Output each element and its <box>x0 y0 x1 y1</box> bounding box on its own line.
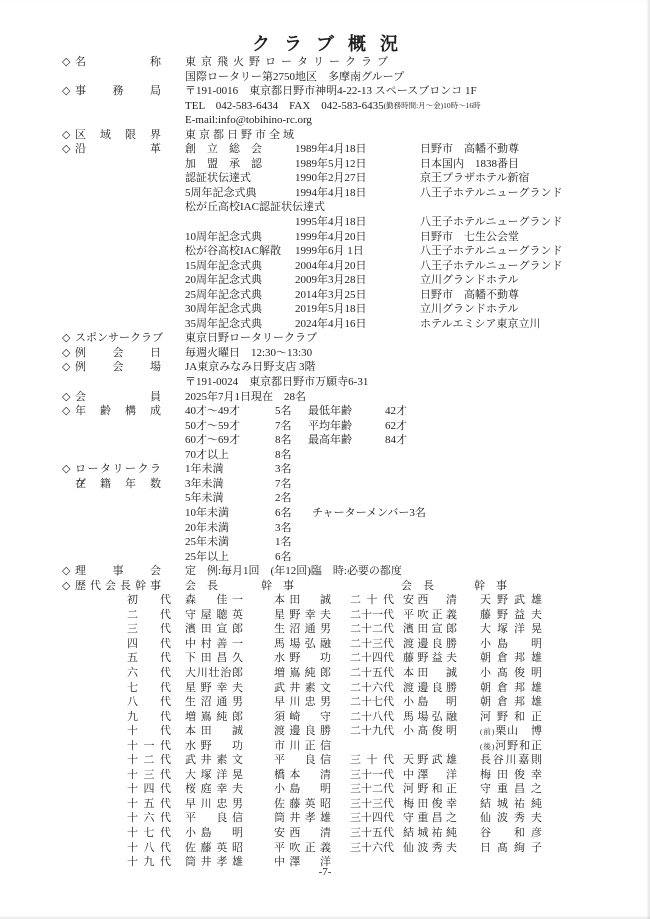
label-cell: ◇ 例会日 <box>62 346 185 361</box>
board-schedule: 定 例:毎月1回 (年12回)臨 時:必要の都度 <box>185 564 402 579</box>
history-event <box>185 215 295 230</box>
history-row: 35周年記念式典 2024年4月16日 ホテルエミシア東京立川 <box>62 317 630 332</box>
history-event: 10周年記念式典 <box>185 230 295 245</box>
age-stat-label: 最高年齢 <box>308 433 385 448</box>
diamond-icon: ◇ <box>62 142 75 157</box>
age-stat-value: 62才 <box>385 419 407 434</box>
leader-secretary-right-cell: 朝倉邦雄 <box>480 651 542 666</box>
history-date: 1999年6月 1日 <box>295 244 420 259</box>
section-label-meeting-day: 例会日 <box>75 346 161 361</box>
diamond-icon: ◇ <box>62 564 75 579</box>
tenure-count: 6名 <box>275 550 312 565</box>
leader-secretary-right: 藤野益夫 <box>480 609 542 621</box>
tenure-years: 25年以上 <box>185 550 275 565</box>
history-date: 2009年3月28日 <box>295 273 420 288</box>
leader-secretary-prefix: (後) <box>480 742 494 751</box>
leader-generation-right: 二十一代 <box>350 608 394 623</box>
label-cell: ◇ 歴代会長幹事 <box>62 579 185 594</box>
leaders-row: 十五代 早川忠男 佐藤英昭 三十三代 梅田俊幸 結城祐純 <box>62 797 630 812</box>
leader-president-left: 中村善一 <box>185 637 243 652</box>
tenure-count: 1名 <box>275 535 312 550</box>
history-row: 5周年記念式典 1994年4月18日 八王子ホテルニューグランド <box>62 186 630 201</box>
leader-secretary-right: 朝倉邦雄 <box>480 652 542 664</box>
leader-secretary-right-cell: 守重昌之 <box>480 782 542 797</box>
leaders-row: 九代 増嶌純郎 須崎 守 二十八代 馬場弘融 河野和正 <box>62 710 630 725</box>
leader-president-right: 小島 明 <box>403 695 457 710</box>
leader-secretary-right: 朝倉邦雄 <box>480 682 542 694</box>
member-count: 2025年7月1日現在 28名 <box>185 390 306 405</box>
leader-generation-right: 三十代 <box>350 753 394 768</box>
section-label-history: 沿革 <box>75 142 161 157</box>
leaders-row: 十六代 平 良信 筒井孝雄 三十四代 守重昌之 仙波秀夫 <box>62 811 630 826</box>
history-place: 八王子ホテルニューグランド <box>420 186 562 201</box>
history-event: 35周年記念式典 <box>185 317 295 332</box>
label-cell: 在籍年数 <box>75 477 161 492</box>
label-spacer <box>62 70 185 85</box>
age-stat-label: 平均年齢 <box>308 419 385 434</box>
leader-secretary-left: 須崎 守 <box>274 710 331 725</box>
history-date: 1995年4月18日 <box>295 215 420 230</box>
section-meeting-place-row2: 〒191-0024 東京都日野市万願寺6-31 <box>62 375 630 390</box>
history-event: 20周年記念式典 <box>185 273 295 288</box>
section-office-row2: TEL 042-583-6434 FAX 042-583-6435 (勤務時間:… <box>62 99 630 114</box>
age-row: 60才〜69才 8名 最高年齢 84才 <box>62 433 630 448</box>
leader-secretary-right-cell: 小髙俊明 <box>480 666 542 681</box>
leader-secretary-right-cell: 大塚洋晃 <box>480 622 542 637</box>
history-date: 1989年4月18日 <box>295 142 420 157</box>
leader-secretary-right-cell: 小島 明 <box>480 637 542 652</box>
leader-generation-left: 二代 <box>127 608 171 623</box>
tenure-extra-label <box>312 550 407 565</box>
tenure-count: 3名 <box>275 462 312 477</box>
history-event: 25周年記念式典 <box>185 288 295 303</box>
leader-secretary-left: 水野 功 <box>274 651 331 666</box>
leader-secretary-right-cell: 日髙絢子 <box>480 841 542 856</box>
history-row: 30周年記念式典 2019年5月18日 立川グランドホテル <box>62 302 630 317</box>
tenure-extra-label <box>312 521 407 536</box>
label-cell: ◇ スポンサークラブ <box>62 331 185 346</box>
section-district-row: ◇ 区域限界 東京都日野市全域 <box>62 128 630 143</box>
leader-president-right: 河野和正 <box>403 782 457 797</box>
leader-secretary-left: 生沼通男 <box>274 622 331 637</box>
tenure-years: 5年未満 <box>185 491 275 506</box>
history-place: ホテルエミシア東京立川 <box>420 317 540 332</box>
leader-generation-right: 三十一代 <box>350 768 394 783</box>
label-spacer <box>62 113 185 128</box>
tenure-extra-label <box>312 491 407 506</box>
leader-president-left: 桜庭幸夫 <box>185 782 243 797</box>
history-date: 2004年4月20日 <box>295 259 420 274</box>
leader-president-left: 平 良信 <box>185 811 243 826</box>
leaders-header-president-right: 会 長 <box>401 579 435 594</box>
label-spacer <box>62 99 185 114</box>
history-place: 八王子ホテルニューグランド <box>420 215 562 230</box>
history-place: 立川グランドホテル <box>420 302 518 317</box>
tenure-extra-label: チャーターメンバー <box>312 506 409 521</box>
diamond-icon: ◇ <box>62 331 75 346</box>
leader-generation-left: 十二代 <box>127 753 171 768</box>
leader-secretary-left: 馬場弘融 <box>274 637 331 652</box>
leader-secretary-right: 河野和正 <box>480 711 542 723</box>
age-stat-value: 84才 <box>385 433 407 448</box>
leader-president-right: 渡邊良勝 <box>403 637 457 652</box>
age-stat-value: 42才 <box>385 404 407 419</box>
age-count: 8名 <box>275 448 308 463</box>
tenure-years: 25年未満 <box>185 535 275 550</box>
history-row: 10周年記念式典 1999年4月20日 日野市 七生公会堂 <box>62 230 630 245</box>
diamond-icon: ◇ <box>62 346 75 361</box>
leader-secretary-right-cell: 朝倉邦雄 <box>480 695 542 710</box>
leader-president-left: 守屋聴英 <box>185 608 243 623</box>
leader-secretary-right: 守重昌之 <box>480 783 542 795</box>
age-stat-label: 最低年齢 <box>308 404 385 419</box>
history-place: 日本国内 1838番目 <box>420 157 519 172</box>
leader-generation-left: 十一代 <box>127 739 171 754</box>
leaders-row: 七代 星野幸夫 武井素文 二十六代 渡邊良勝 朝倉邦雄 <box>62 681 630 696</box>
leader-generation-left: 十六代 <box>127 811 171 826</box>
leader-secretary-right: 小髙俊明 <box>480 667 542 679</box>
age-row: 70才以上 8名 <box>62 448 630 463</box>
history-event: 創 立 総 会 <box>185 142 295 157</box>
leader-generation-right: 二十五代 <box>350 666 394 681</box>
tenure-years: 20年未満 <box>185 521 275 536</box>
history-date <box>325 200 450 215</box>
history-place: 日野市 高幡不動尊 <box>420 288 519 303</box>
history-place: 京王プラザホテル新宿 <box>420 171 529 186</box>
leader-president-right: 藤野益夫 <box>403 651 457 666</box>
leader-president-right <box>403 739 457 754</box>
leader-president-left: 大川壮治郎 <box>185 666 243 681</box>
page-title: クラブ概況 <box>0 30 650 56</box>
leader-secretary-right: 谷 和彦 <box>480 827 542 839</box>
leader-secretary-left: 橋本 清 <box>274 768 331 783</box>
office-tel-fax: TEL 042-583-6434 FAX 042-583-6435 <box>185 99 384 114</box>
sponsor-club: 東京日野ロータリークラブ <box>185 331 317 346</box>
leader-president-right: 梅田俊幸 <box>403 797 457 812</box>
leader-president-right: 小髙俊明 <box>403 724 457 739</box>
office-email: E-mail:info@tobihino-rc.org <box>185 113 312 128</box>
leader-secretary-right-cell: 梅田俊幸 <box>480 768 542 783</box>
leader-generation-right: 二十代 <box>350 593 394 608</box>
history-row: 松が丘高校IAC認証状伝達式 <box>62 200 630 215</box>
leader-generation-right: 三十二代 <box>350 782 394 797</box>
tenure-row: 10年未満 6名 チャーターメンバー 3名 <box>62 506 630 521</box>
leader-president-left: 大塚洋晃 <box>185 768 243 783</box>
history-date: 2014年3月25日 <box>295 288 420 303</box>
history-place: 八王子ホテルニューグランド <box>420 259 562 274</box>
age-count: 8名 <box>275 433 308 448</box>
diamond-icon: ◇ <box>62 404 75 419</box>
leader-generation-left: 七代 <box>127 681 171 696</box>
tenure-extra-label <box>312 477 407 492</box>
leaders-row: 初代 森 佳一 本田 誠 二十代 安西 清 天野武雄 <box>62 593 630 608</box>
leader-secretary-left: 早川忠男 <box>274 695 331 710</box>
leader-generation-right: 三十四代 <box>350 811 394 826</box>
leader-generation-right: 三十六代 <box>350 841 394 856</box>
leader-president-right: 渡邊良勝 <box>403 681 457 696</box>
age-count: 5名 <box>275 404 308 419</box>
leader-president-right: 天野武雄 <box>403 753 457 768</box>
history-event: 15周年記念式典 <box>185 259 295 274</box>
leader-generation-left: 十代 <box>127 724 171 739</box>
leader-generation-left: 十七代 <box>127 826 171 841</box>
leader-secretary-right-cell: 谷 和彦 <box>480 826 542 841</box>
leader-secretary-prefix: (前) <box>480 727 494 736</box>
leaders-header-president-left: 会 長 <box>185 579 219 594</box>
document-body: ◇ 名称 東京飛火野ロータリークラブ 国際ロータリー第2750地区 多摩南グルー… <box>62 55 630 870</box>
leaders-header-secretary-right: 幹 事 <box>474 579 508 594</box>
leaders-row: 十七代 小島 明 安西 清 三十五代 結城祐純 谷 和彦 <box>62 826 630 841</box>
leader-president-right: 濱田宣郎 <box>403 622 457 637</box>
tenure-years: 3年未満 <box>185 477 275 492</box>
history-event: 認証状伝達式 <box>185 171 295 186</box>
leader-secretary-right: 梅田俊幸 <box>480 769 542 781</box>
leader-generation-left: 初代 <box>127 593 171 608</box>
history-row: 25周年記念式典 2014年3月25日 日野市 高幡不動尊 <box>62 288 630 303</box>
age-range: 40才〜49才 <box>185 404 275 419</box>
age-row: 50才〜59才 7名 平均年齢 62才 <box>62 419 630 434</box>
leaders-row: 十一代 水野 功 市川正信 (後)河野和正 <box>62 739 630 754</box>
leader-president-left: 下田昌久 <box>185 651 243 666</box>
leader-secretary-right: 日髙絢子 <box>480 842 542 854</box>
tenure-row: 25年以上 6名 <box>62 550 630 565</box>
leaders-row: 十代 本田 誠 渡邊良勝 二十九代 小髙俊明 (前)栗山 博 <box>62 724 630 739</box>
leader-secretary-right-cell: 天野武雄 <box>480 593 542 608</box>
leader-secretary-right: 仙波秀夫 <box>480 812 542 824</box>
leader-generation-right: 二十二代 <box>350 622 394 637</box>
section-name-row2: 国際ロータリー第2750地区 多摩南グループ <box>62 70 630 85</box>
leader-secretary-right-cell: 朝倉邦雄 <box>480 681 542 696</box>
age-section: ◇ 年齢構成 40才〜49才 5名 最低年齢 42才 50才〜59才 7名 平均… <box>62 404 630 462</box>
leader-generation-right: 二十九代 <box>350 724 394 739</box>
history-place: 日野市 七生公会堂 <box>420 230 519 245</box>
leader-secretary-right-cell: 藤野益夫 <box>480 608 542 623</box>
leaders-row: 五代 下田昌久 水野 功 二十四代 藤野益夫 朝倉邦雄 <box>62 651 630 666</box>
leader-generation-left: 十四代 <box>127 782 171 797</box>
leader-generation-right: 三十五代 <box>350 826 394 841</box>
leader-secretary-left: 市川正信 <box>274 739 331 754</box>
leader-president-left: 濱田宣郎 <box>185 622 243 637</box>
history-date: 1994年4月18日 <box>295 186 420 201</box>
label-cell: ◇ 理事会 <box>62 564 185 579</box>
history-event: 5周年記念式典 <box>185 186 295 201</box>
leader-secretary-right: 天野武雄 <box>480 594 542 606</box>
leader-generation-left: 四代 <box>127 637 171 652</box>
leader-secretary-left: 平 良信 <box>274 753 331 768</box>
age-range: 70才以上 <box>185 448 275 463</box>
leader-president-left: 生沼通男 <box>185 695 243 710</box>
diamond-icon: ◇ <box>62 579 75 594</box>
leader-president-left: 星野幸夫 <box>185 681 243 696</box>
age-stat-label <box>308 448 385 463</box>
leader-secretary-left: 星野幸夫 <box>274 608 331 623</box>
leader-president-left: 早川忠男 <box>185 797 243 812</box>
tenure-extra-count: 3名 <box>409 506 426 521</box>
tenure-count: 7名 <box>275 477 312 492</box>
leader-generation-left: 六代 <box>127 666 171 681</box>
leader-secretary-right: 栗山 博 <box>494 725 542 737</box>
tenure-extra-label <box>312 535 407 550</box>
leader-secretary-right-cell: (後)河野和正 <box>480 739 542 754</box>
leader-secretary-left: 筒井孝雄 <box>274 811 331 826</box>
history-row: 1995年4月18日 八王子ホテルニューグランド <box>62 215 630 230</box>
page-number: -7- <box>0 866 650 878</box>
history-row: 松が谷高校IAC解散 1999年6月 1日 八王子ホテルニューグランド <box>62 244 630 259</box>
leader-secretary-left: 安西 清 <box>274 826 331 841</box>
tenure-years: 1年未満 <box>185 462 275 477</box>
leaders-row: 六代 大川壮治郎 増嶌純郎 二十五代 本田 誠 小髙俊明 <box>62 666 630 681</box>
section-label-district: 区域限界 <box>75 128 161 143</box>
tenure-extra-label <box>312 462 407 477</box>
leader-secretary-right: 長谷川嘉則 <box>480 754 542 766</box>
leader-secretary-right-cell: 長谷川嘉則 <box>480 753 542 768</box>
leader-generation-right: 二十四代 <box>350 651 394 666</box>
leaders-row: 十三代 大塚洋晃 橋本 清 三十一代 中澤 洋 梅田俊幸 <box>62 768 630 783</box>
leader-secretary-right-cell: 仙波秀夫 <box>480 811 542 826</box>
section-members-row: ◇ 会員 2025年7月1日現在 28名 <box>62 390 630 405</box>
leader-generation-right: 二十六代 <box>350 681 394 696</box>
club-name: 東京飛火野ロータリークラブ <box>185 55 393 70</box>
leaders-row: 四代 中村善一 馬場弘融 二十三代 渡邊良勝 小島 明 <box>62 637 630 652</box>
diamond-icon: ◇ <box>62 360 75 375</box>
section-label-members: 会員 <box>75 390 161 405</box>
tenure-row: 20年未満 3名 <box>62 521 630 536</box>
leader-president-right: 安西 清 <box>403 593 457 608</box>
history-event: 松が丘高校IAC認証状伝達式 <box>185 200 325 215</box>
section-label-board: 理事会 <box>75 564 161 579</box>
label-spacer <box>62 375 185 390</box>
leader-secretary-left: 平吹正義 <box>274 841 331 856</box>
district-group: 国際ロータリー第2750地区 多摩南グループ <box>185 70 404 85</box>
leader-president-left: 増嶌純郎 <box>185 710 243 725</box>
leader-president-right: 仙波秀夫 <box>403 841 457 856</box>
label-cell: ◇ 区域限界 <box>62 128 185 143</box>
leader-president-right: 馬場弘融 <box>403 710 457 725</box>
office-address: 〒191-0016 東京都日野市神明4-22-13 スペースブロンコ 1F <box>185 84 477 99</box>
label-cell: ◇ 事務局 <box>62 84 185 99</box>
meeting-day-value: 毎週火曜日 12:30〜13:30 <box>185 346 312 361</box>
leader-secretary-right: 結城祐純 <box>480 798 542 810</box>
section-meeting-day-row: ◇ 例会日 毎週火曜日 12:30〜13:30 <box>62 346 630 361</box>
history-event: 松が谷高校IAC解散 <box>185 244 295 259</box>
diamond-icon: ◇ <box>62 84 75 99</box>
diamond-icon: ◇ <box>62 55 75 70</box>
diamond-icon: ◇ <box>62 390 75 405</box>
leader-president-right: 守重昌之 <box>403 811 457 826</box>
history-place: 立川グランドホテル <box>420 273 518 288</box>
section-office-row3: E-mail:info@tobihino-rc.org <box>62 113 630 128</box>
leader-secretary-left: 佐藤英昭 <box>274 797 331 812</box>
label-cell: ◇ 会員 <box>62 390 185 405</box>
history-row: 15周年記念式典 2004年4月20日 八王子ホテルニューグランド <box>62 259 630 274</box>
leader-secretary-right-cell: 結城祐純 <box>480 797 542 812</box>
office-hours-note: (勤務時間:月〜金)10時〜16時 <box>384 99 481 114</box>
label-cell: ◇ 沿革 <box>62 142 185 157</box>
leaders-row: 十四代 桜庭幸夫 小島 明 三十二代 河野和正 守重昌之 <box>62 782 630 797</box>
leader-generation-left: 八代 <box>127 695 171 710</box>
leader-generation-left: 九代 <box>127 710 171 725</box>
leaders-row: 十二代 武井素文 平 良信 三十代 天野武雄 長谷川嘉則 <box>62 753 630 768</box>
leaders-row: 八代 生沼通男 早川忠男 二十七代 小島 明 朝倉邦雄 <box>62 695 630 710</box>
tenure-section: ◇ ロータリークラブ 在籍年数 1年未満 3名 3年未満 7名 <box>62 462 630 564</box>
leader-generation-left: 五代 <box>127 651 171 666</box>
label-cell: ◇ 年齢構成 <box>62 404 185 419</box>
leader-generation-left: 十三代 <box>127 768 171 783</box>
label-cell: ◇ 名称 <box>62 55 185 70</box>
history-date: 2019年5月18日 <box>295 302 420 317</box>
leaders-row: 二代 守屋聴英 星野幸夫 二十一代 平吹正義 藤野益夫 <box>62 608 630 623</box>
leaders-header-secretary-left: 幹 事 <box>261 579 295 594</box>
document-page: クラブ概況 ◇ 名称 東京飛火野ロータリークラブ 国際ロータリー第2750地区 … <box>0 0 650 919</box>
leader-secretary-right: 河野和正 <box>494 740 542 752</box>
history-date: 1990年2月27日 <box>295 171 420 186</box>
section-sponsor-row: ◇ スポンサークラブ 東京日野ロータリークラブ <box>62 331 630 346</box>
leader-generation-left: 三代 <box>127 622 171 637</box>
section-label-office: 事務局 <box>75 84 161 99</box>
leader-secretary-left: 小島 明 <box>274 782 331 797</box>
leader-generation-left: 十八代 <box>127 841 171 856</box>
history-row: 加 盟 承 認 1989年5月12日 日本国内 1838番目 <box>62 157 630 172</box>
section-label-tenure-2: 在籍年数 <box>75 477 161 492</box>
history-row: 認証状伝達式 1990年2月27日 京王プラザホテル新宿 <box>62 171 630 186</box>
history-date: 1999年4月20日 <box>295 230 420 245</box>
history-event: 加 盟 承 認 <box>185 157 295 172</box>
section-meeting-place-row1: ◇ 例会場 JA東京みなみ日野支店 3階 <box>62 360 630 375</box>
leader-president-right: 結城祐純 <box>403 826 457 841</box>
leader-generation-right: 二十三代 <box>350 637 394 652</box>
leaders-row: 十八代 佐藤英昭 平吹正義 三十六代 仙波秀夫 日髙絢子 <box>62 841 630 856</box>
leader-president-left: 武井素文 <box>185 753 243 768</box>
leader-generation-right: 二十八代 <box>350 710 394 725</box>
leaders-header-row: ◇ 歴代会長幹事 会 長 幹 事 会 長 幹 事 <box>62 579 630 594</box>
section-label-sponsor: スポンサークラブ <box>75 331 161 346</box>
leader-president-right: 本田 誠 <box>403 666 457 681</box>
leader-president-left: 森 佳一 <box>185 593 243 608</box>
tenure-row: 25年未満 1名 <box>62 535 630 550</box>
tenure-count: 3名 <box>275 521 312 536</box>
history-date: 1989年5月12日 <box>295 157 420 172</box>
leaders-row: 三代 濱田宣郎 生沼通男 二十二代 濱田宣郎 大塚洋晃 <box>62 622 630 637</box>
district-value: 東京都日野市全域 <box>185 128 297 143</box>
leader-president-left: 水野 功 <box>185 739 243 754</box>
history-row: 20周年記念式典 2009年3月28日 立川グランドホテル <box>62 273 630 288</box>
history-place: 八王子ホテルニューグランド <box>420 244 562 259</box>
history-event: 30周年記念式典 <box>185 302 295 317</box>
leader-secretary-left: 本田 誠 <box>274 593 331 608</box>
meeting-place-address: 〒191-0024 東京都日野市万願寺6-31 <box>185 375 368 390</box>
age-range: 60才〜69才 <box>185 433 275 448</box>
history-place: 日野市 高幡不動尊 <box>420 142 519 157</box>
leader-secretary-right-cell: 河野和正 <box>480 710 542 725</box>
leader-president-right: 中澤 洋 <box>403 768 457 783</box>
tenure-years: 10年未満 <box>185 506 275 521</box>
leader-secretary-right: 朝倉邦雄 <box>480 696 542 708</box>
tenure-count: 2名 <box>275 491 312 506</box>
leader-president-right: 平吹正義 <box>403 608 457 623</box>
tenure-row: 5年未満 2名 <box>62 491 630 506</box>
leader-generation-right: 二十七代 <box>350 695 394 710</box>
age-range: 50才〜59才 <box>185 419 275 434</box>
tenure-count: 6名 <box>275 506 312 521</box>
leader-president-left: 佐藤英昭 <box>185 841 243 856</box>
diamond-icon: ◇ <box>62 462 75 491</box>
leaders-table: 初代 森 佳一 本田 誠 二十代 安西 清 天野武雄 二代 守屋聴英 星野幸夫 … <box>62 593 630 869</box>
history-section: ◇ 沿革 創 立 総 会 1989年4月18日 日野市 高幡不動尊 加 盟 承 … <box>62 142 630 331</box>
section-label-meeting-place: 例会場 <box>75 360 161 375</box>
history-date: 2024年4月16日 <box>295 317 420 332</box>
meeting-place-name: JA東京みなみ日野支店 3階 <box>185 360 315 375</box>
leader-generation-left: 十五代 <box>127 797 171 812</box>
